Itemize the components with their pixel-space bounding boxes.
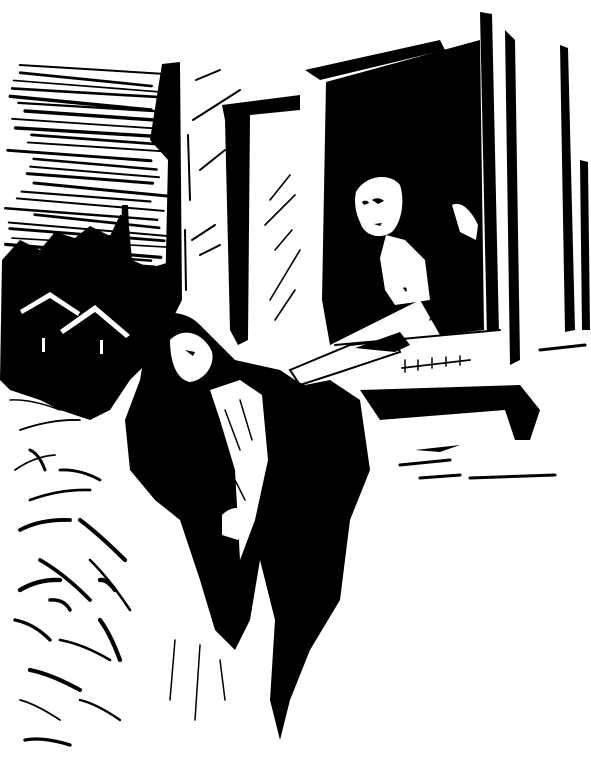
illustration xyxy=(0,0,591,763)
woman-at-window xyxy=(322,40,484,345)
